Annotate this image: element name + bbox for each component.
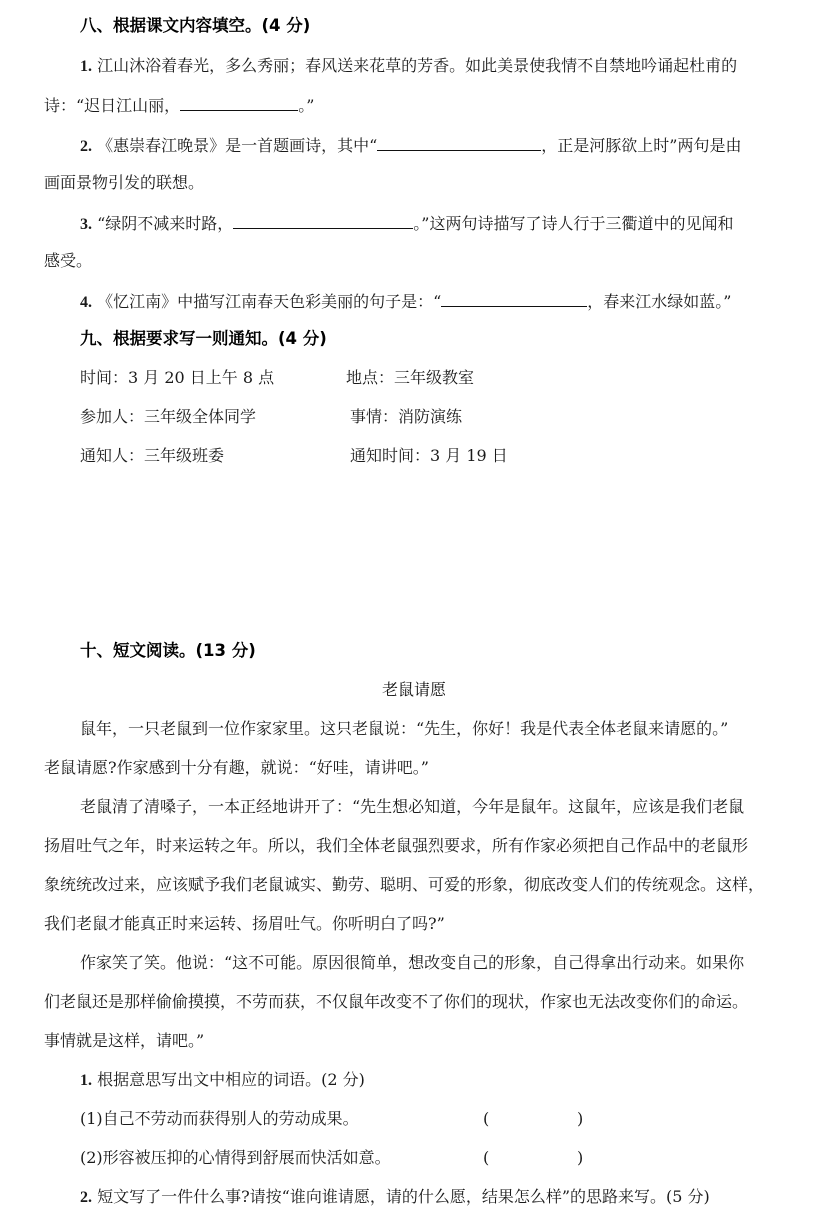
notice-location: 地点：三年级教室 [346, 368, 474, 388]
notice-event: 事情：消防演练 [350, 407, 462, 427]
notice-issuer: 通知人：三年级班委 [80, 446, 224, 466]
notice-participants: 参加人：三年级全体同学 [80, 407, 256, 427]
answer-paren-close: ) [577, 1109, 583, 1129]
passage-p3-line-1: 作家笑了笑。他说：“这不可能。原因很简单，想改变自己的形象，自己得拿出行动来。如… [80, 953, 744, 973]
question-text: 根据意思写出文中相应的词语。(2 分) [97, 1070, 365, 1089]
question-text: 。” [298, 96, 314, 115]
question-text: 短文写了一件什么事?请按“谁向谁请愿，请的什么愿，结果怎么样”的思路来写。(5 … [97, 1187, 710, 1206]
answer-blank[interactable] [441, 290, 587, 307]
section-8-heading: 八、根据课文内容填空。(4 分) [80, 16, 310, 36]
question-text: ，春来江水绿如蓝。” [587, 292, 731, 311]
question-8-3-line-1: 3. “绿阴不减来时路，。”这两句诗描写了诗人行于三衢道中的见闻和 [80, 212, 733, 235]
passage-p2-line-1: 老鼠清了清嗓子，一本正经地讲开了：“先生想必知道，今年是鼠年。这鼠年，应该是我们… [80, 797, 744, 817]
answer-paren-open: ( [483, 1148, 489, 1168]
answer-paren-open: ( [483, 1109, 489, 1129]
passage-p2-line-3: 象统统改过来，应该赋予我们老鼠诚实、勤劳、聪明、可爱的形象，彻底改变人们的传统观… [44, 875, 764, 895]
answer-blank[interactable] [180, 94, 298, 111]
question-8-4-line-1: 4. 《忆江南》中描写江南春天色彩美丽的句子是：“，春来江水绿如蓝。” [80, 290, 731, 313]
question-10-1-item-1: (1)自己不劳动而获得别人的劳动成果。 [80, 1109, 359, 1129]
question-number: 2. [80, 138, 92, 155]
question-text: 诗：“迟日江山丽， [44, 96, 180, 115]
question-8-2-line-2: 画面景物引发的联想。 [44, 173, 204, 193]
question-text: 《惠崇春江晚景》是一首题画诗，其中“ [97, 136, 377, 155]
passage-p2-line-4: 我们老鼠才能真正时来运转、扬眉吐气。你听明白了吗?” [44, 914, 445, 934]
question-text: ，正是河豚欲上时”两句是由 [541, 136, 741, 155]
question-8-1-line-1: 1. 江山沐浴着春光，多么秀丽；春风送来花草的芳香。如此美景使我情不自禁地吟诵起… [80, 56, 737, 77]
question-text: 江山沐浴着春光，多么秀丽；春风送来花草的芳香。如此美景使我情不自禁地吟诵起杜甫的 [97, 56, 737, 75]
answer-blank[interactable] [377, 134, 541, 151]
passage-p1-line-1: 鼠年，一只老鼠到一位作家家里。这只老鼠说：“先生，你好！我是代表全体老鼠来请愿的… [80, 719, 728, 739]
section-9-heading: 九、根据要求写一则通知。(4 分) [80, 329, 327, 349]
question-number: 1. [80, 58, 92, 75]
question-8-2-line-1: 2. 《惠崇春江晚景》是一首题画诗，其中“，正是河豚欲上时”两句是由 [80, 134, 741, 157]
question-text: “绿阴不减来时路， [97, 214, 233, 233]
question-10-1: 1. 根据意思写出文中相应的词语。(2 分) [80, 1070, 365, 1091]
question-text: 。”这两句诗描写了诗人行于三衢道中的见闻和 [413, 214, 733, 233]
question-number: 3. [80, 216, 92, 233]
question-text: 《忆江南》中描写江南春天色彩美丽的句子是：“ [97, 292, 441, 311]
answer-blank[interactable] [233, 212, 413, 229]
passage-title: 老鼠请愿 [0, 680, 828, 700]
section-10-heading: 十、短文阅读。(13 分) [80, 641, 256, 661]
question-number: 4. [80, 294, 92, 311]
question-10-2: 2. 短文写了一件什么事?请按“谁向谁请愿，请的什么愿，结果怎么样”的思路来写。… [80, 1187, 710, 1208]
notice-date: 通知时间：3 月 19 日 [350, 446, 508, 466]
question-8-3-line-2: 感受。 [44, 251, 92, 271]
question-number: 1. [80, 1072, 92, 1089]
question-8-1-line-2: 诗：“迟日江山丽，。” [44, 94, 314, 116]
passage-p1-line-2: 老鼠请愿?作家感到十分有趣，就说：“好哇，请讲吧。” [44, 758, 429, 778]
answer-paren-close: ) [577, 1148, 583, 1168]
passage-p3-line-2: 们老鼠还是那样偷偷摸摸，不劳而获，不仅鼠年改变不了你们的现状，作家也无法改变你们… [44, 992, 748, 1012]
notice-time: 时间：3 月 20 日上午 8 点 [80, 368, 274, 388]
passage-p3-line-3: 事情就是这样，请吧。” [44, 1031, 204, 1051]
question-10-1-item-2: (2)形容被压抑的心情得到舒展而快活如意。 [80, 1148, 391, 1168]
passage-p2-line-2: 扬眉吐气之年，时来运转之年。所以，我们全体老鼠强烈要求，所有作家必须把自己作品中… [44, 836, 748, 856]
answer-box-1[interactable] [490, 1107, 574, 1129]
question-number: 2. [80, 1189, 92, 1206]
answer-box-2[interactable] [490, 1146, 574, 1168]
